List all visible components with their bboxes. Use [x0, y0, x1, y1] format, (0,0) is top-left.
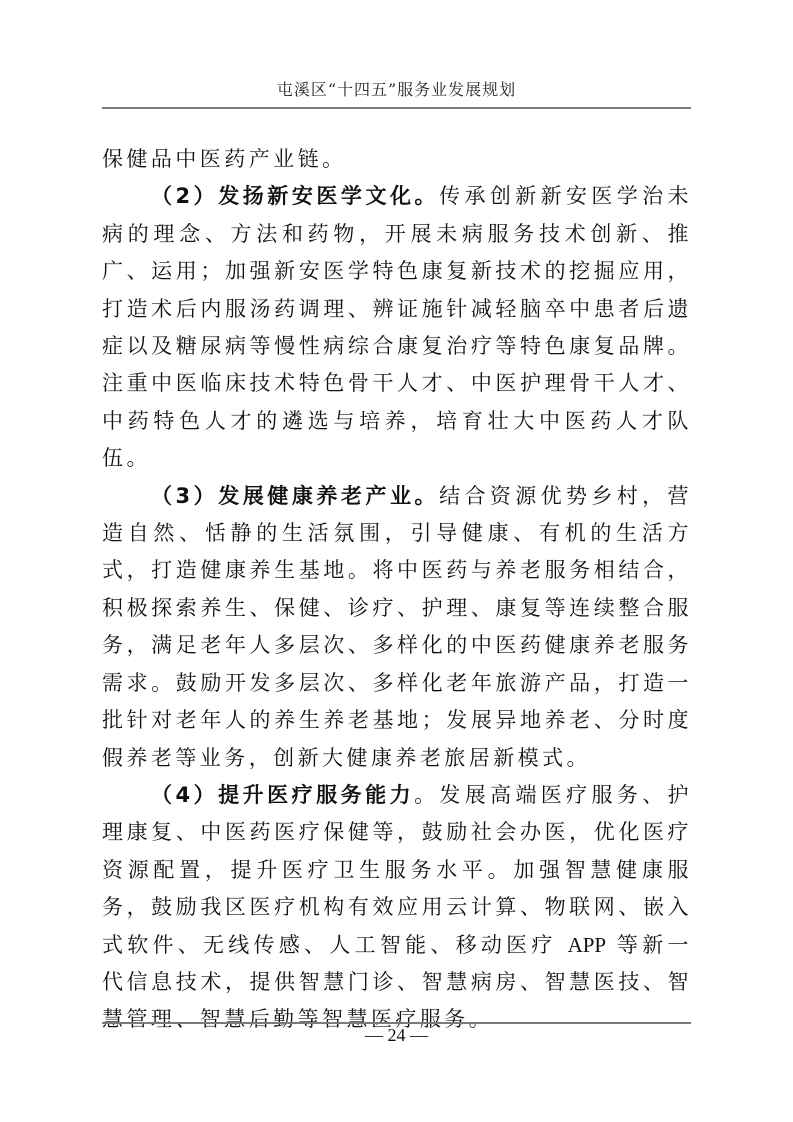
- paragraph-continuation: 保健品中医药产业链。: [102, 141, 692, 178]
- paragraph-text: 结合资源优势乡村，营造自然、恬静的生活氛围，引导健康、有机的生活方式，打造健康养…: [102, 484, 692, 770]
- header-divider: [102, 107, 691, 109]
- item-heading: （4）提升医疗服务能力: [151, 783, 414, 807]
- item-heading: （2）发扬新安医学文化。: [151, 184, 439, 208]
- paragraph-item-4: （4）提升医疗服务能力。发展高端医疗服务、护理康复、中医药医疗保健等，鼓励社会办…: [102, 777, 692, 1039]
- paragraph-item-2: （2）发扬新安医学文化。传承创新新安医学治未病的理念、方法和药物，开展未病服务技…: [102, 178, 692, 477]
- paragraph-text: 传承创新新安医学治未病的理念、方法和药物，开展未病服务技术创新、推广、运用；加强…: [102, 184, 692, 470]
- document-body: 保健品中医药产业链。 （2）发扬新安医学文化。传承创新新安医学治未病的理念、方法…: [102, 141, 692, 1039]
- paragraph-item-3: （3）发展健康养老产业。结合资源优势乡村，营造自然、恬静的生活氛围，引导健康、有…: [102, 478, 692, 777]
- item-heading: （3）发展健康养老产业。: [151, 484, 439, 508]
- paragraph-text-latin: APP: [568, 933, 607, 957]
- running-header-title: 屯溪区“十四五”服务业发展规划: [102, 78, 691, 102]
- paragraph-text: 。发展高端医疗服务、护理康复、中医药医疗保健等，鼓励社会办医，优化医疗资源配置，…: [102, 783, 692, 957]
- paragraph-text: 保健品中医药产业链。: [102, 147, 347, 171]
- page-number: — 24 —: [102, 1024, 691, 1046]
